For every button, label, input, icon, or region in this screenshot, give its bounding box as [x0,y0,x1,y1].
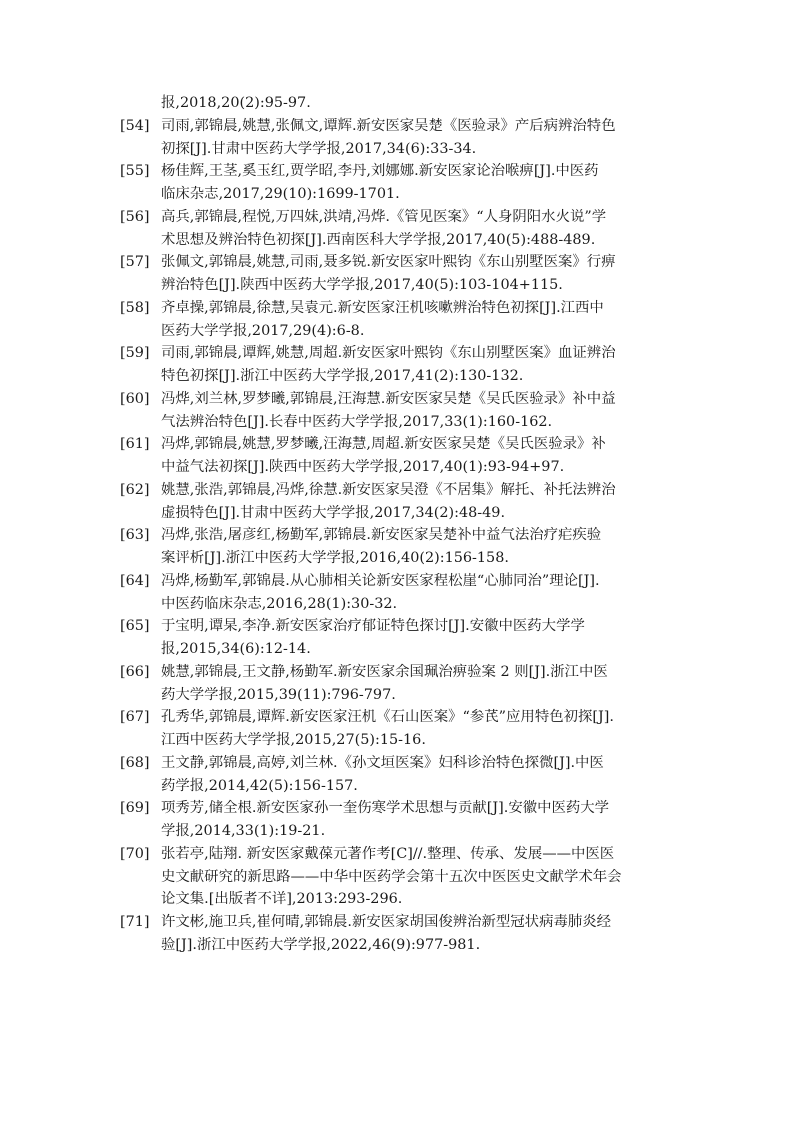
reference-text-line: 冯烨,杨勤军,郭锦晨.从心肺相关论新安医家程松崖“心肺同治”理论[J]. [161,570,676,593]
reference-entry: [60]冯烨,刘兰林,罗梦曦,郭锦晨,汪海慧.新安医家吴楚《吴氏医验录》补中益气… [120,388,676,434]
reference-text: 高兵,郭锦晨,程悦,万四妹,洪靖,冯烨.《管见医案》“人身阴阳水火说”学术思想及… [161,206,676,252]
reference-text-line: 许文彬,施卫兵,崔何晴,郭锦晨.新安医家胡国俊辨治新型冠状病毒肺炎经 [161,911,676,934]
reference-number: [69] [120,797,161,843]
reference-text-line: 药大学学报,2015,39(11):796-797. [161,684,676,707]
reference-text: 姚慧,张浩,郭锦晨,冯烨,徐慧.新安医家吴澄《不居集》解托、补托法辨治虚损特色[… [161,479,676,525]
reference-text-line: 于宝明,谭杲,李净.新安医家治疗郁证特色探讨[J].安徽中医药大学学 [161,615,676,638]
reference-number: [59] [120,342,161,388]
reference-text: 许文彬,施卫兵,崔何晴,郭锦晨.新安医家胡国俊辨治新型冠状病毒肺炎经验[J].浙… [161,911,676,957]
reference-entry: [63]冯烨,张浩,屠彦红,杨勤军,郭锦晨.新安医家吴楚补中益气法治疗疟疾验案评… [120,524,676,570]
reference-entry: [54]司雨,郭锦晨,姚慧,张佩文,谭辉.新安医家吴楚《医验录》产后病辨治特色初… [120,115,676,161]
reference-number: [67] [120,706,161,752]
reference-text: 司雨,郭锦晨,姚慧,张佩文,谭辉.新安医家吴楚《医验录》产后病辨治特色初探[J]… [161,115,676,161]
reference-text-line: 医药大学学报,2017,29(4):6-8. [161,320,676,343]
reference-text-line: 司雨,郭锦晨,姚慧,张佩文,谭辉.新安医家吴楚《医验录》产后病辨治特色 [161,115,676,138]
reference-number: [62] [120,479,161,525]
reference-entry: [65]于宝明,谭杲,李净.新安医家治疗郁证特色探讨[J].安徽中医药大学学报,… [120,615,676,661]
reference-continuation-line: 报,2018,20(2):95-97. [120,92,676,115]
reference-entry: [69]项秀芳,储全根.新安医家孙一奎伤寒学术思想与贡献[J].安徽中医药大学学… [120,797,676,843]
reference-text: 于宝明,谭杲,李净.新安医家治疗郁证特色探讨[J].安徽中医药大学学报,2015… [161,615,676,661]
reference-text: 司雨,郭锦晨,谭辉,姚慧,周超.新安医家叶熙钧《东山别墅医案》血证辨治特色初探[… [161,342,676,388]
reference-text-line: 中益气法初探[J].陕西中医药大学学报,2017,40(1):93-94+97. [161,456,676,479]
reference-number: [71] [120,911,161,957]
reference-text-line: 江西中医药大学学报,2015,27(5):15-16. [161,729,676,752]
reference-number: [70] [120,843,161,911]
reference-entry: [66]姚慧,郭锦晨,王文静,杨勤军.新安医家余国珮治痹验案 2 则[J].浙江… [120,661,676,707]
reference-number: [64] [120,570,161,616]
reference-number: [68] [120,752,161,798]
reference-text-line: 中医药临床杂志,2016,28(1):30-32. [161,593,676,616]
reference-text-line: 司雨,郭锦晨,谭辉,姚慧,周超.新安医家叶熙钧《东山别墅医案》血证辨治 [161,342,676,365]
reference-text: 王文静,郭锦晨,高婷,刘兰林.《孙文垣医案》妇科诊治特色探微[J].中医药学报,… [161,752,676,798]
reference-text-line: 姚慧,张浩,郭锦晨,冯烨,徐慧.新安医家吴澄《不居集》解托、补托法辨治 [161,479,676,502]
reference-text-line: 孔秀华,郭锦晨,谭辉.新安医家汪机《石山医案》“参芪”应用特色初探[J]. [161,706,676,729]
reference-entry: [57]张佩文,郭锦晨,姚慧,司雨,聂多锐.新安医家叶熙钧《东山别墅医案》行痹辨… [120,251,676,297]
reference-text-line: 初探[J].甘肃中医药大学学报,2017,34(6):33-34. [161,138,676,161]
reference-text: 张佩文,郭锦晨,姚慧,司雨,聂多锐.新安医家叶熙钧《东山别墅医案》行痹辨治特色[… [161,251,676,297]
reference-entry: [71]许文彬,施卫兵,崔何晴,郭锦晨.新安医家胡国俊辨治新型冠状病毒肺炎经验[… [120,911,676,957]
reference-number: [58] [120,297,161,343]
reference-number: [60] [120,388,161,434]
reference-text-line: 辨治特色[J].陕西中医药大学学报,2017,40(5):103-104+115… [161,274,676,297]
reference-text-line: 气法辨治特色[J].长春中医药大学学报,2017,33(1):160-162. [161,411,676,434]
reference-text-line: 学报,2014,33(1):19-21. [161,820,676,843]
reference-text-line: 姚慧,郭锦晨,王文静,杨勤军.新安医家余国珮治痹验案 2 则[J].浙江中医 [161,661,676,684]
reference-text-line: 高兵,郭锦晨,程悦,万四妹,洪靖,冯烨.《管见医案》“人身阴阳水火说”学 [161,206,676,229]
reference-text: 冯烨,张浩,屠彦红,杨勤军,郭锦晨.新安医家吴楚补中益气法治疗疟疾验案评析[J]… [161,524,676,570]
reference-entry: [68]王文静,郭锦晨,高婷,刘兰林.《孙文垣医案》妇科诊治特色探微[J].中医… [120,752,676,798]
reference-entry: [56]高兵,郭锦晨,程悦,万四妹,洪靖,冯烨.《管见医案》“人身阴阳水火说”学… [120,206,676,252]
reference-text-line: 案评析[J].浙江中医药大学学报,2016,40(2):156-158. [161,547,676,570]
reference-text: 孔秀华,郭锦晨,谭辉.新安医家汪机《石山医案》“参芪”应用特色初探[J].江西中… [161,706,676,752]
reference-text: 冯烨,郭锦晨,姚慧,罗梦曦,汪海慧,周超.新安医家吴楚《吴氏医验录》补中益气法初… [161,433,676,479]
reference-text-line: 杨佳辉,王茎,奚玉红,贾学昭,李丹,刘娜娜.新安医家论治喉痹[J].中医药 [161,160,676,183]
reference-number: [61] [120,433,161,479]
reference-text-line: 虚损特色[J].甘肃中医药大学学报,2017,34(2):48-49. [161,502,676,525]
reference-number: [57] [120,251,161,297]
reference-number: [66] [120,661,161,707]
reference-text-line: 冯烨,郭锦晨,姚慧,罗梦曦,汪海慧,周超.新安医家吴楚《吴氏医验录》补 [161,433,676,456]
reference-number: [56] [120,206,161,252]
reference-text: 杨佳辉,王茎,奚玉红,贾学昭,李丹,刘娜娜.新安医家论治喉痹[J].中医药临床杂… [161,160,676,206]
reference-text-line: 冯烨,张浩,屠彦红,杨勤军,郭锦晨.新安医家吴楚补中益气法治疗疟疾验 [161,524,676,547]
reference-entry: [62]姚慧,张浩,郭锦晨,冯烨,徐慧.新安医家吴澄《不居集》解托、补托法辨治虚… [120,479,676,525]
reference-text: 冯烨,刘兰林,罗梦曦,郭锦晨,汪海慧.新安医家吴楚《吴氏医验录》补中益气法辨治特… [161,388,676,434]
reference-text-line: 史文献研究的新思路——中华中医药学会第十五次中医医史文献学术年会 [161,866,676,889]
reference-text-line: 张若亭,陆翔. 新安医家戴葆元著作考[C]//.整理、传承、发展——中医医 [161,843,676,866]
reference-number: [54] [120,115,161,161]
reference-text-line: 项秀芳,储全根.新安医家孙一奎伤寒学术思想与贡献[J].安徽中医药大学 [161,797,676,820]
reference-number: [63] [120,524,161,570]
reference-entry: [64]冯烨,杨勤军,郭锦晨.从心肺相关论新安医家程松崖“心肺同治”理论[J].… [120,570,676,616]
reference-text: 冯烨,杨勤军,郭锦晨.从心肺相关论新安医家程松崖“心肺同治”理论[J].中医药临… [161,570,676,616]
reference-text: 项秀芳,储全根.新安医家孙一奎伤寒学术思想与贡献[J].安徽中医药大学学报,20… [161,797,676,843]
reference-entries: [54]司雨,郭锦晨,姚慧,张佩文,谭辉.新安医家吴楚《医验录》产后病辨治特色初… [120,115,676,957]
reference-text-line: 报,2015,34(6):12-14. [161,638,676,661]
reference-text-line: 验[J].浙江中医药大学学报,2022,46(9):977-981. [161,934,676,957]
reference-entry: [59]司雨,郭锦晨,谭辉,姚慧,周超.新安医家叶熙钧《东山别墅医案》血证辨治特… [120,342,676,388]
reference-text-line: 冯烨,刘兰林,罗梦曦,郭锦晨,汪海慧.新安医家吴楚《吴氏医验录》补中益 [161,388,676,411]
reference-text-line: 特色初探[J].浙江中医药大学学报,2017,41(2):130-132. [161,365,676,388]
reference-text-line: 术思想及辨治特色初探[J].西南医科大学学报,2017,40(5):488-48… [161,229,676,252]
reference-number: [55] [120,160,161,206]
reference-entry: [55]杨佳辉,王茎,奚玉红,贾学昭,李丹,刘娜娜.新安医家论治喉痹[J].中医… [120,160,676,206]
reference-text: 姚慧,郭锦晨,王文静,杨勤军.新安医家余国珮治痹验案 2 则[J].浙江中医药大… [161,661,676,707]
reference-list: 报,2018,20(2):95-97. [54]司雨,郭锦晨,姚慧,张佩文,谭辉… [120,92,676,957]
reference-text-line: 张佩文,郭锦晨,姚慧,司雨,聂多锐.新安医家叶熙钧《东山别墅医案》行痹 [161,251,676,274]
reference-number: [65] [120,615,161,661]
reference-text-line: 临床杂志,2017,29(10):1699-1701. [161,183,676,206]
reference-text-line: 齐卓操,郭锦晨,徐慧,吴袁元.新安医家汪机咳嗽辨治特色初探[J].江西中 [161,297,676,320]
reference-entry: [58]齐卓操,郭锦晨,徐慧,吴袁元.新安医家汪机咳嗽辨治特色初探[J].江西中… [120,297,676,343]
reference-text-line: 药学报,2014,42(5):156-157. [161,775,676,798]
reference-text: 张若亭,陆翔. 新安医家戴葆元著作考[C]//.整理、传承、发展——中医医史文献… [161,843,676,911]
document-page: 报,2018,20(2):95-97. [54]司雨,郭锦晨,姚慧,张佩文,谭辉… [0,0,794,1123]
reference-text: 齐卓操,郭锦晨,徐慧,吴袁元.新安医家汪机咳嗽辨治特色初探[J].江西中医药大学… [161,297,676,343]
reference-text-line: 王文静,郭锦晨,高婷,刘兰林.《孙文垣医案》妇科诊治特色探微[J].中医 [161,752,676,775]
reference-text-line: 论文集.[出版者不详],2013:293-296. [161,888,676,911]
reference-entry: [67]孔秀华,郭锦晨,谭辉.新安医家汪机《石山医案》“参芪”应用特色初探[J]… [120,706,676,752]
reference-entry: [70]张若亭,陆翔. 新安医家戴葆元著作考[C]//.整理、传承、发展——中医… [120,843,676,911]
reference-entry: [61]冯烨,郭锦晨,姚慧,罗梦曦,汪海慧,周超.新安医家吴楚《吴氏医验录》补中… [120,433,676,479]
